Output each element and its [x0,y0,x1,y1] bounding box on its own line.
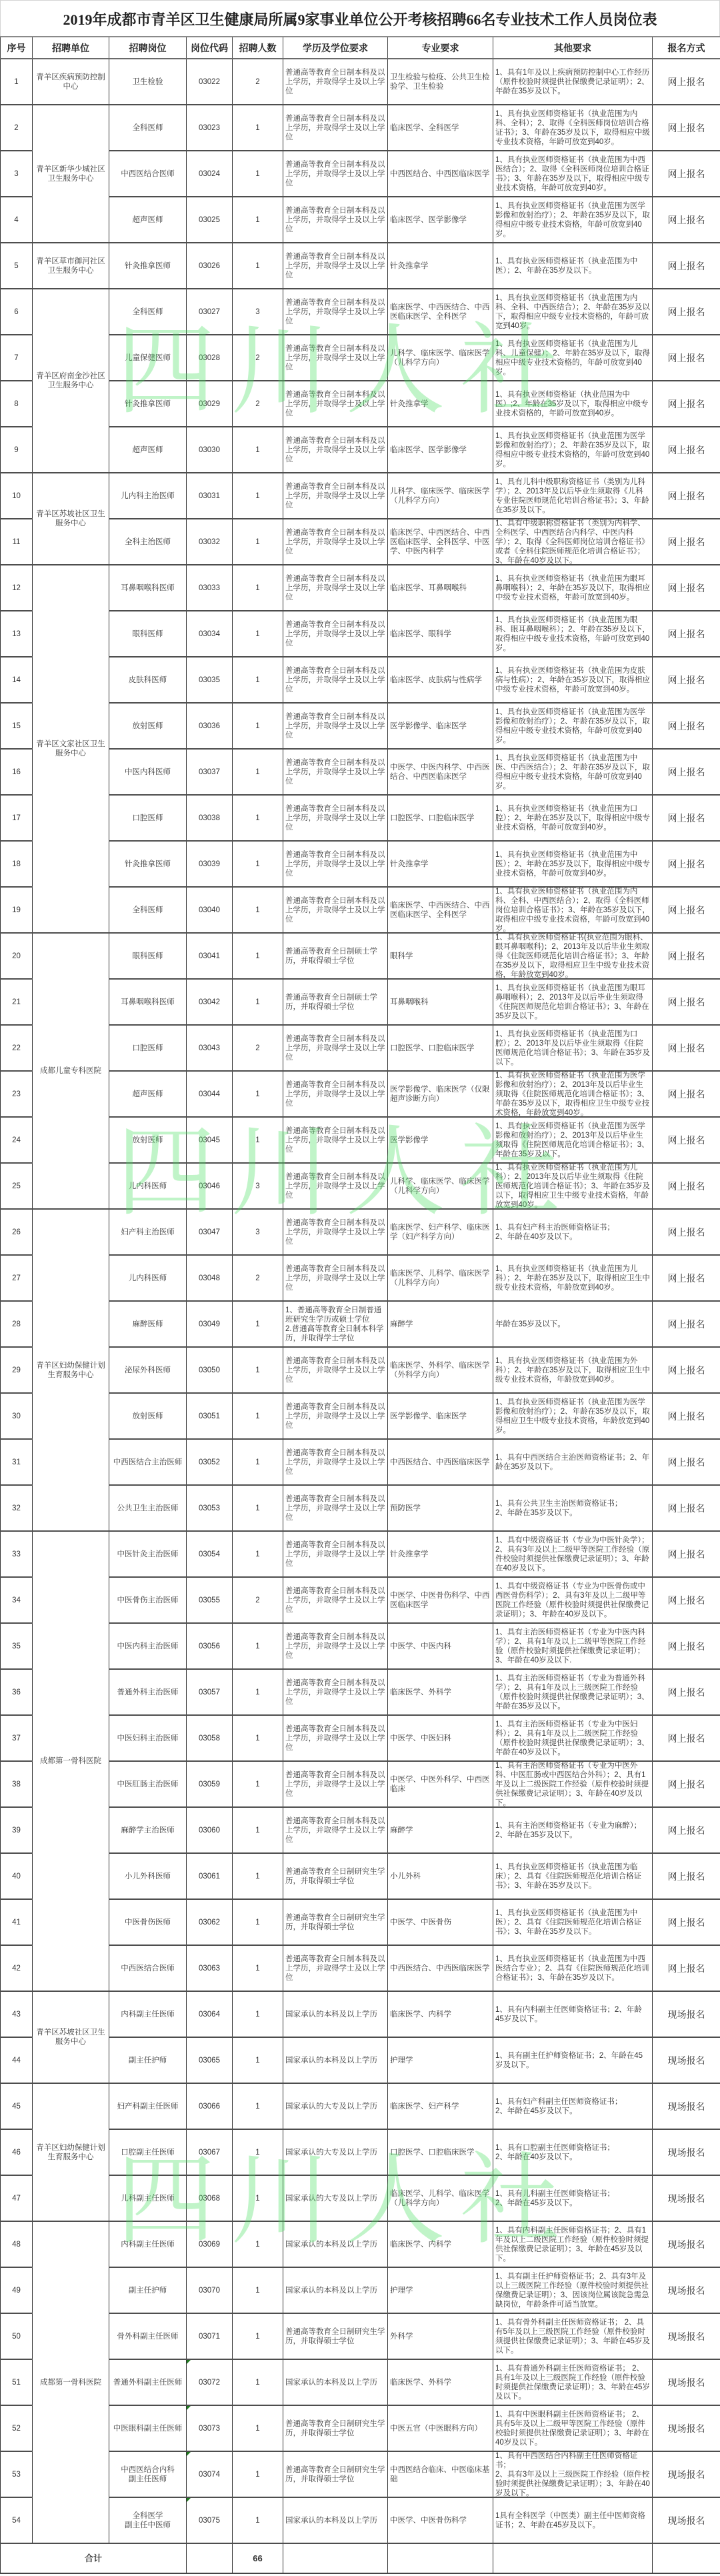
cell-count: 1 [233,933,283,979]
cell-code: 03026 [187,243,233,289]
cell-education: 普通高等教育全日制研究生学历，并取得硕士学位 [283,2313,388,2359]
table-row: 6青羊区府南金沙社区卫生服务中心全科医师030273普通高等教育全日制本科及以上… [1,289,720,335]
cell-code: 03072 [187,2359,233,2405]
cell-count-text: 2 [255,353,259,363]
cell-no-text: 28 [12,1320,21,1329]
cell-method: 网上报名 [653,1163,720,1209]
cell-count: 2 [233,1255,283,1301]
cell-count-text: 1 [255,2148,259,2157]
cell-code-text: 03062 [199,1918,220,1927]
cell-count: 1 [233,1715,283,1761]
cell-post-text: 麻醉学主治医师 [121,1826,175,1835]
cell-major: 麻醉学 [388,1301,493,1347]
cell-major-text: 中医学、中医内科学、中西医结合、中西医临床医学 [390,763,491,782]
cell-education-text: 普通高等教育全日制本科及以上学历，并取得学士及以上学位 [285,1402,385,1430]
cell-no: 9 [1,427,33,473]
cell-major-text: 中医学、中医外科学、中西医临床 [390,1775,491,1794]
cell-education: 普通高等教育全日制本科及以上学历，并取得学士及以上学位 [283,105,388,151]
cell-method: 网上报名 [653,1577,720,1623]
cell-other: 1、具有主治医师资格证书（专业为中医内科学）；2、具有1年及以上二级甲等医院工作… [493,1623,653,1669]
cell-unit: 青羊区妇幼保健计划生育服务中心 [33,2083,109,2221]
cell-post-text: 超声医师 [133,215,163,225]
cell-major: 儿科学、临床医学、临床医学（儿科学方向） [388,1163,493,1209]
cell-post: 骨外科副主任医师 [109,2313,187,2359]
cell-major-text: 儿科学、临床医学、临床医学（儿科学方向） [390,487,491,505]
cell-major: 临床医学、内科学 [388,1991,493,2037]
cell-code: 03052 [187,1439,233,1485]
cell-method-text: 网上报名 [668,445,705,455]
cell-method: 网上报名 [653,473,720,519]
cell-education: 普通高等教育全日制本科及以上学历，并取得学士及以上学位 [283,841,388,887]
cell-major-text: 针灸推拿学 [390,1550,429,1559]
cell-no-text: 44 [12,2056,21,2065]
cell-code: 03030 [187,427,233,473]
cell-other: 1、具有执业医师资格证书（执业范围为口腔）；2、2013年及以后毕业生须取得《住… [493,1025,653,1071]
cell-other-text: 1、具有执业医师资格证书（执业范围为内科、全科、中西医结合）；2、取得《全科医师… [495,887,650,934]
cell-other: 1、具有主治医师资格证书（专业为麻醉）；2、年龄在35岁及以下。 [493,1807,653,1853]
header-post: 招聘岗位 [109,37,187,59]
cell-method: 网上报名 [653,197,720,243]
cell-unit: 成都第一骨科医院 [33,1531,109,1991]
cell-count-text: 1 [255,215,259,225]
cell-major-text: 外科学 [390,2332,413,2341]
cell-no: 26 [1,1209,33,1255]
cell-other: 1、具有执业医师资格证（执业范围为中医）;2、年龄在35岁及以下，取得相应中级专… [493,381,653,427]
cell-education-text: 普通高等教育全日制本科及以上学历，并取得学士及以上学位 [285,1172,385,1200]
cell-other: 1具有全科医学（中医类）副主任中医师资格证书；2、年龄在45岁及以下。 [493,2497,653,2543]
cell-unit: 成都儿童专科医院 [33,933,109,1209]
cell-other: 1、具有执业医师资格证书（执业范围为口腔）；2、年龄在35岁及以下，取得相应中级… [493,795,653,841]
cell-post-text: 副主任护师 [129,2056,167,2065]
cell-count-text: 1 [255,814,259,823]
cell-code: 03043 [187,1025,233,1071]
cell-method: 网上报名 [653,1761,720,1807]
cell-code-text: 03050 [199,1366,220,1375]
cell-code-text: 03056 [199,1642,220,1651]
cell-major: 护理学 [388,2267,493,2313]
cell-method: 现场报名 [653,2037,720,2083]
cell-count: 1 [233,565,283,611]
cell-education-text: 普通高等教育全日制本科及以上学历，并取得学士及以上学位 [285,620,385,648]
cell-no: 16 [1,749,33,795]
positions-table: 序号 招聘单位 招聘岗位 岗位代码 招聘人数 学历及学位要求 专业要求 其他要求… [0,36,720,2574]
cell-major: 儿科学、临床医学、临床医学（儿科学方向） [388,335,493,381]
cell-major: 医学影像学、临床医学（仅限超声诊断方向） [388,1071,493,1117]
cell-education-text: 国家承认的本科及以上学历 [285,2056,377,2065]
cell-post-text: 中医骨伤主治医师 [117,1596,179,1605]
cell-post: 超声医师 [109,427,187,473]
cell-code-text: 03025 [199,215,220,225]
cell-method-text: 现场报名 [668,2516,705,2525]
cell-education-text: 普通高等教育全日制本科及以上学历，并取得学士及以上学位 [285,390,385,418]
cell-major: 医学影像学、临床医学 [388,703,493,749]
cell-education-text: 普通高等教育全日制本科及以上学历，并取得学士及以上学位 [285,758,385,786]
cell-code: 03045 [187,1117,233,1163]
cell-count-text: 1 [255,1688,259,1697]
cell-count-text: 1 [255,2102,259,2111]
cell-major: 临床医学、全科医学 [388,105,493,151]
cell-other-text: 1、具有执业医师资格证书（执业范围为中西医结合专业）；2、具有《住院医师规范化培… [495,1955,650,1983]
cell-no: 42 [1,1945,33,1991]
cell-education-text: 普通高等教育全日制本科及以上学历，并取得学士及以上学位 [285,850,385,878]
cell-major-text: 临床医学、眼科学 [390,629,451,639]
cell-count: 1 [233,1899,283,1945]
cell-education-text: 普通高等教育全日制研究生学历，并取得硕士学位 [285,1867,385,1886]
cell-major: 临床医学、妇产科学 [388,2083,493,2129]
cell-no: 28 [1,1301,33,1347]
cell-method-text: 现场报名 [668,2010,705,2019]
cell-education-text: 1、普通高等教育全日制普通班研究生学历或硕士学位 2.普通高等教育全日制本科学历… [285,1306,385,1343]
cell-major: 眼科学 [388,933,493,979]
cell-count: 1 [233,2497,283,2543]
cell-post-text: 儿内科医师 [129,1182,167,1191]
cell-post: 针灸推拿医师 [109,841,187,887]
table-row: 26青羊区妇幼保健计划生育服务中心妇产科主治医师030473普通高等教育全日制本… [1,1209,720,1255]
cell-method-text: 现场报名 [668,2240,705,2249]
cell-education-text: 普通高等教育全日制本科及以上学历，并取得学士及以上学位 [285,528,385,556]
cell-major: 外科学 [388,2313,493,2359]
cell-count: 1 [233,1439,283,1485]
cell-major: 临床医学、妇产科学、临床医学（妇产科学方向） [388,1209,493,1255]
cell-education-text: 普通高等教育全日制研究生学历，并取得硕士学位 [285,2419,385,2438]
cell-unit: 成都第一骨科医院 [33,2221,109,2543]
cell-method-text: 网上报名 [668,1320,705,1329]
cell-code-text: 03027 [199,307,220,317]
cell-major-text: 临床医学、内科学 [390,2240,451,2249]
cell-education: 普通高等教育全日制本科及以上学历，并取得学士及以上学位 [283,1807,388,1853]
cell-post-text: 中医妇科主治医师 [117,1734,179,1743]
cell-major-text: 中医五官（中医眼科方向） [390,2424,482,2433]
cell-unit: 青羊区疾病预防控制中心 [33,59,109,105]
cell-method-text: 网上报名 [668,1412,705,1421]
positions-table-page: 2019年成都市青羊区卫生健康局所属9家事业单位公开考核招聘66名专业技术工作人… [0,0,720,2576]
cell-code-text: 03070 [199,2286,220,2295]
cell-no-text: 22 [12,1044,21,1053]
cell-other: 1、具有执业医师资格证书（执业范围为医学影像和放射治疗）；2、年龄在35岁及以下… [493,197,653,243]
cell-count: 3 [233,289,283,335]
cell-no: 23 [1,1071,33,1117]
total-count: 66 [233,2543,283,2573]
cell-no-text: 13 [12,629,21,639]
cell-count-text: 2 [255,1596,259,1605]
cell-education: 普通高等教育全日制本科及以上学历，并取得学士及以上学位 [283,1209,388,1255]
cell-no-text: 20 [12,952,21,961]
cell-no-text: 36 [12,1688,21,1697]
table-row: 12青羊区文家社区卫生服务中心耳鼻咽喉科医师030331普通高等教育全日制本科及… [1,565,720,611]
cell-other-text: 1、具有中医眼科副主任医师资格证书； 2、具有5年及以上二级甲等医院工作经验（原… [495,2410,650,2447]
cell-education-text: 国家承认的本科及以上学历 [285,2378,377,2387]
cell-other: 1、具有主治医师资格证书（专业为中医妇科）；2、具有1年及以上二级医院工作经验（… [493,1715,653,1761]
cell-code: 03027 [187,289,233,335]
cell-no: 53 [1,2451,33,2497]
cell-no: 49 [1,2267,33,2313]
cell-post-text: 眼科医师 [133,952,163,961]
cell-post: 眼科医师 [109,933,187,979]
cell-code: 03064 [187,1991,233,2037]
cell-method-text: 网上报名 [668,1964,705,1973]
cell-no-text: 50 [12,2332,21,2341]
cell-other-text: 1、具有执业医师资格证书（执业范围为内科、全科、中西医结合）；2、年龄在35岁及… [495,293,650,331]
table-row: 43青羊区苏坡社区卫生服务中心内科副主任医师030641国家承认的本科及以上学历… [1,1991,720,2037]
cell-major-text: 临床医学、内科学 [390,2010,451,2019]
cell-code: 03033 [187,565,233,611]
cell-education-text: 国家承认的大专及以上学历 [285,2194,377,2203]
cell-unit: 青羊区文家社区卫生服务中心 [33,565,109,933]
cell-code: 03038 [187,795,233,841]
cell-major: 临床医学、内科学 [388,2221,493,2267]
cell-unit: 青羊区苏坡社区卫生服务中心 [33,473,109,565]
cell-method: 网上报名 [653,1485,720,1531]
cell-education-text: 普通高等教育全日制本科及以上学历，并取得学士及以上学位 [285,206,385,234]
cell-education: 普通高等教育全日制本科及以上学历，并取得学士及以上学位 [283,151,388,197]
cell-other-text: 1、具有内科副主任医师资格证书；2、具有1年及以上二级医院工作经验（原件校验时须… [495,2226,650,2263]
cell-code-text: 03034 [199,629,220,639]
cell-major-text: 卫生检验与检疫、公共卫生检验学、卫生检验 [390,73,491,91]
cell-education: 普通高等教育全日制本科及以上学历，并取得学士及以上学位 [283,1163,388,1209]
cell-method-text: 网上报名 [668,1136,705,1145]
cell-code-text: 03022 [199,77,220,87]
cell-other: 1、具有执业医师资格证书（执业范围为中西医结合专业）；2、具有《住院医师规范化培… [493,1945,653,1991]
cell-education: 普通高等教育全日制本科及以上学历，并取得学士及以上学位 [283,1761,388,1807]
cell-count-text: 1 [255,1136,259,1145]
cell-count: 1 [233,1117,283,1163]
cell-major-text: 麻醉学 [390,1320,413,1329]
cell-code: 03048 [187,1255,233,1301]
cell-education-text: 普通高等教育全日制本科及以上学历，并取得学士及以上学位 [285,1126,385,1154]
cell-other: 1、具有执业医师资格证书（执业范围为医学影像和放射治疗）；2、年龄在35岁及以下… [493,427,653,473]
cell-post-text: 普通外科主治医师 [117,1688,179,1697]
cell-no: 21 [1,979,33,1025]
cell-method: 网上报名 [653,933,720,979]
cell-count-text: 1 [255,1964,259,1973]
cell-post: 全科医师 [109,887,187,933]
cell-method-text: 网上报名 [668,169,705,179]
cell-count: 1 [233,151,283,197]
cell-other-text: 1、具有普通外科副主任医师资格证书； 2、具有1年及以上三级医院工作经验（原件校… [495,2364,650,2401]
cell-method-text: 网上报名 [668,676,705,685]
cell-education-text: 普通高等教育全日制本科及以上学历，并取得学士及以上学位 [285,1034,385,1062]
cell-count-text: 1 [255,1642,259,1651]
cell-count-text: 1 [255,2424,259,2433]
cell-no: 18 [1,841,33,887]
cell-count: 1 [233,2267,283,2313]
cell-other-text: 1、具有执业医师资格证书（执业范围为外科）；2、年龄在35岁及以下，取得相应卫生… [495,1356,650,1384]
cell-code-text: 03071 [199,2332,220,2341]
cell-code-text: 03035 [199,676,220,685]
cell-method: 网上报名 [653,795,720,841]
cell-post-text: 公共卫生主治医师 [117,1504,179,1513]
cell-method: 网上报名 [653,1255,720,1301]
cell-other-text: 1、具有执业医师资格证书（执业范围为内科、全科）；2、取得《全科医师岗位培训合格… [495,109,650,147]
cell-major-text: 预防医学 [390,1504,421,1513]
cell-no: 27 [1,1255,33,1301]
cell-code: 03074 [187,2451,233,2497]
cell-method: 网上报名 [653,427,720,473]
cell-major-text: 中医学、中医骨伤科学 [390,2516,467,2525]
cell-education: 国家承认的本科及以上学历 [283,1991,388,2037]
cell-other-text: 1、具有中级资格证书（专业为中医骨伤或中西医骨伤科学）；2、具有3年及以上二级甲… [495,1582,650,1619]
cell-other: 1、具有执业医师资格证书（执业范围为内科、全科、中西医结合）；2、年龄在35岁及… [493,289,653,335]
cell-count-text: 1 [255,491,259,501]
cell-post-text: 全科医学 副主任中医师 [125,2511,171,2530]
unit-name: 青羊区苏坡社区卫生服务中心 [36,510,105,527]
cell-method-text: 网上报名 [668,952,705,961]
cell-major: 临床医学、眼科学 [388,611,493,657]
cell-other-text: 1、具有执业医师资格证书（执业范围为中医）；2、年龄在35岁及以下。 [495,257,650,275]
cell-no: 15 [1,703,33,749]
cell-count-text: 1 [255,906,259,915]
cell-post-text: 皮肤科医师 [129,676,167,685]
cell-no: 48 [1,2221,33,2267]
cell-count-text: 1 [255,2010,259,2019]
cell-code-text: 03031 [199,491,220,501]
cell-post: 口腔医师 [109,1025,187,1071]
cell-no-text: 34 [12,1596,21,1605]
cell-education: 普通高等教育全日制本科及以上学历，并取得学士及以上学位 [283,1393,388,1439]
cell-code: 03041 [187,933,233,979]
cell-count: 1 [233,1807,283,1853]
cell-other-text: 1、具有内科副主任医师资格证书；2、年龄45岁及以下。 [495,2005,650,2024]
cell-method-text: 网上报名 [668,1182,705,1191]
cell-count: 1 [233,979,283,1025]
cell-post: 口腔副主任医师 [109,2129,187,2175]
cell-method: 网上报名 [653,841,720,887]
cell-major-text: 中医学、中医骨伤科学、中西医临床医学 [390,1591,491,1610]
cell-method-text: 网上报名 [668,814,705,823]
cell-code-text: 03047 [199,1228,220,1237]
cell-major: 临床医学、中西医结合、中西医临床医学、全科医学 [388,887,493,933]
cell-no-text: 40 [12,1872,21,1881]
cell-major: 麻醉学 [388,1807,493,1853]
cell-major-text: 中医学、中医内科 [390,1642,451,1651]
cell-no: 37 [1,1715,33,1761]
cell-education-text: 普通高等教育全日制本科及以上学历，并取得学士及以上学位 [285,252,385,280]
cell-no-text: 35 [12,1642,21,1651]
table-row: 10青羊区苏坡社区卫生服务中心儿内科主治医师030311普通高等教育全日制本科及… [1,473,720,519]
cell-code: 03039 [187,841,233,887]
cell-major-text: 麻醉学 [390,1826,413,1835]
cell-education-text: 普通高等教育全日制本科及以上学历，并取得学士及以上学位 [285,160,385,188]
cell-no-text: 9 [14,445,18,455]
unit-name: 青羊区文家社区卫生服务中心 [36,740,105,758]
cell-education: 普通高等教育全日制本科及以上学历，并取得学士及以上学位 [283,657,388,703]
cell-education: 普通高等教育全日制研究生学历，并取得硕士学位 [283,1853,388,1899]
cell-education-text: 普通高等教育全日制本科及以上学历，并取得学士及以上学位 [285,804,385,832]
cell-major-text: 儿科学、临床医学、临床医学（儿科学方向） [390,349,491,367]
cell-method-text: 网上报名 [668,261,705,271]
cell-code-text: 03063 [199,1964,220,1973]
cell-code-text: 03060 [199,1826,220,1835]
cell-method: 现场报名 [653,2313,720,2359]
cell-count: 2 [233,1577,283,1623]
cell-method-text: 网上报名 [668,215,705,225]
cell-code-text: 03064 [199,2010,220,2019]
cell-major: 临床医学、医学影像学 [388,197,493,243]
unit-name: 青羊区妇幼保健计划生育服务中心 [36,1362,105,1379]
cell-major-text: 临床医学、儿科学、临床医学（儿科学方向） [390,2189,491,2208]
cell-method: 网上报名 [653,1025,720,1071]
cell-major: 针灸推拿学 [388,841,493,887]
cell-code-text: 03067 [199,2148,220,2157]
cell-method: 网上报名 [653,1669,720,1715]
cell-method: 网上报名 [653,243,720,289]
cell-education-text: 普通高等教育全日制本科及以上学历，并取得学士及以上学位 [285,1448,385,1476]
cell-method: 网上报名 [653,1945,720,1991]
cell-count: 1 [233,2359,283,2405]
cell-education: 普通高等教育全日制本科及以上学历，并取得学士及以上学位 [283,1117,388,1163]
cell-post-text: 中医肛肠主治医师 [117,1780,179,1789]
table-body: 1青羊区疾病预防控制中心卫生检验030222普通高等教育全日制本科及以上学历，并… [1,59,720,2543]
cell-count-text: 2 [255,77,259,87]
cell-method-text: 网上报名 [668,1918,705,1927]
cell-method-text: 网上报名 [668,1228,705,1237]
cell-count-text: 1 [255,2378,259,2387]
cell-education: 普通高等教育全日制研究生学历，并取得硕士学位 [283,1899,388,1945]
cell-method: 现场报名 [653,2405,720,2451]
cell-education-text: 国家承认的本科及以上学历 [285,2010,377,2019]
cell-method: 网上报名 [653,979,720,1025]
cell-code-text: 03033 [199,583,220,593]
cell-count-text: 1 [255,1734,259,1743]
cell-post-text: 泌尿外科医师 [125,1366,171,1375]
cell-no: 22 [1,1025,33,1071]
cell-code: 03037 [187,749,233,795]
cell-code-text: 03065 [199,2056,220,2065]
cell-method: 网上报名 [653,151,720,197]
cell-method: 网上报名 [653,519,720,565]
cell-code: 03071 [187,2313,233,2359]
cell-no-text: 2 [14,123,18,133]
cell-code: 03065 [187,2037,233,2083]
cell-code: 03061 [187,1853,233,1899]
cell-other: 1、具有执业医师资格证书（执业范围为眼耳鼻咽喉科）；2、2013年及以后毕业生须… [493,979,653,1025]
cell-post-text: 中西医结合主治医师 [113,1458,183,1467]
cell-count: 2 [233,335,283,381]
cell-method-text: 现场报名 [668,2102,705,2111]
cell-major: 卫生检验与检疫、公共卫生检验学、卫生检验 [388,59,493,105]
cell-post: 眼科医师 [109,611,187,657]
cell-post: 全科主治医师 [109,519,187,565]
cell-code: 03060 [187,1807,233,1853]
cell-code: 03042 [187,979,233,1025]
cell-count-text: 2 [255,399,259,409]
cell-post: 卫生检验 [109,59,187,105]
cell-method-text: 网上报名 [668,583,705,593]
cell-code-text: 03028 [199,353,220,363]
cell-code: 03047 [187,1209,233,1255]
cell-other-text: 1、具有副主任护师资格证书；2、年龄在45岁及以下。 [495,2051,650,2070]
cell-education: 普通高等教育全日制本科及以上学历，并取得学士及以上学位 [283,1669,388,1715]
cell-method: 网上报名 [653,1301,720,1347]
cell-major: 中医学、中医骨伤科学、中西医临床医学 [388,1577,493,1623]
cell-code: 03036 [187,703,233,749]
cell-education: 普通高等教育全日制研究生学历，并取得硕士学位 [283,2405,388,2451]
cell-education: 普通高等教育全日制本科及以上学历，并取得学士及以上学位 [283,1485,388,1531]
cell-post-text: 中医针灸主治医师 [117,1550,179,1559]
cell-method-text: 网上报名 [668,537,705,547]
cell-major: 中西医结合、中西医临床医学 [388,1945,493,1991]
cell-major-text: 中西医结合、中西医临床医学 [390,169,490,179]
cell-no: 43 [1,1991,33,2037]
cell-other: 1、具有执业医师资格证书（执业范围为临床）；2、具有《住院医师规范化培训合格证书… [493,1853,653,1899]
cell-code-text: 03061 [199,1872,220,1881]
cell-major: 医学影像学 [388,1117,493,1163]
cell-count: 1 [233,749,283,795]
cell-code: 03049 [187,1301,233,1347]
cell-method-text: 网上报名 [668,860,705,869]
cell-no: 51 [1,2359,33,2405]
cell-post: 中医骨伤医师 [109,1899,187,1945]
